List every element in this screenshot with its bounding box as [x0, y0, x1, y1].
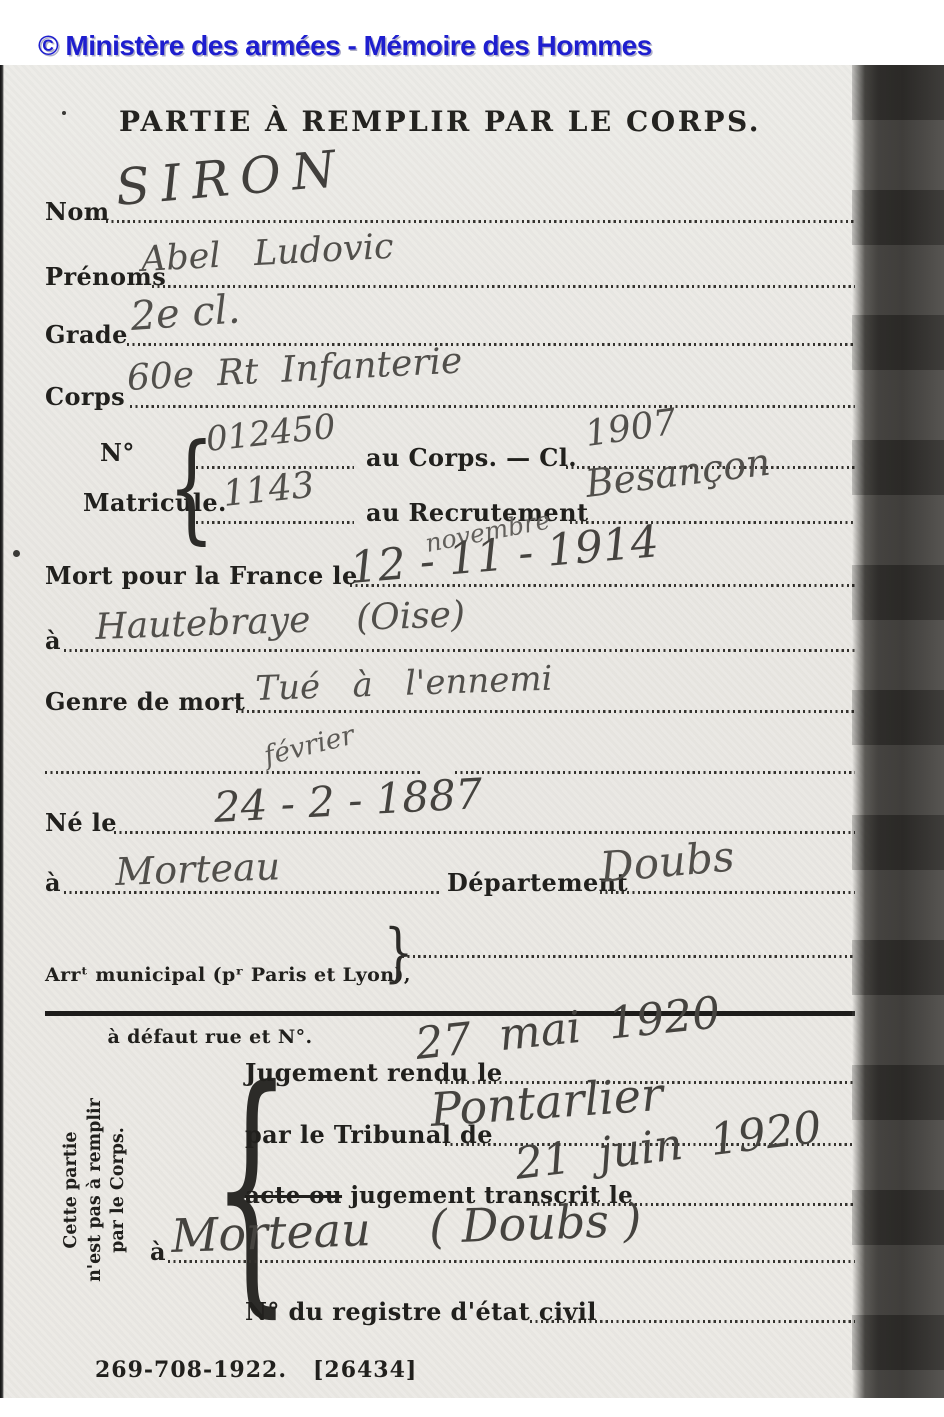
dotted-line — [168, 1260, 855, 1263]
handwritten-grade: 2e cl. — [129, 289, 241, 337]
field-label-mort-le: Mort pour la France le — [45, 563, 358, 589]
handwritten-jugement-date: 27 mai 1920 — [413, 991, 722, 1067]
side-note-line1: Cette partie — [60, 1068, 84, 1312]
document-scan: PARTIE À REMPLIR PAR LE CORPS. Nom SIRON… — [0, 65, 944, 1398]
handwritten-departement: Doubs — [598, 835, 736, 889]
dotted-line — [530, 1320, 855, 1323]
handwritten-nom: SIRON — [114, 143, 349, 213]
label-transcrit-lieu: à — [150, 1239, 166, 1265]
copyright-watermark: © Ministère des armées - Mémoire des Hom… — [38, 30, 652, 62]
handwritten-ne-lieu: Morteau — [115, 847, 281, 891]
field-label-mort-lieu: à — [45, 628, 61, 654]
label-au-corps-cl: au Corps. — Cl. — [366, 445, 577, 471]
form-reference-number: 269-708-1922. [26434] — [95, 1357, 417, 1383]
handwritten-mort-date: 12 - 11 - 1914 — [348, 520, 660, 591]
handwritten-matricule-recrutement: 1143 — [221, 468, 316, 513]
field-label-ne-le: Né le — [45, 810, 117, 836]
handwritten-ne-annotation: février — [261, 722, 356, 770]
field-label-corps: Corps — [45, 384, 125, 410]
dotted-line — [600, 891, 855, 894]
handwritten-recrutement-lieu: Besançon — [583, 443, 772, 503]
arr-municipal-line2: à défaut rue et N°. — [45, 1027, 375, 1048]
dotted-line — [236, 710, 855, 713]
scan-left-edge — [0, 65, 4, 1398]
scan-shadow-band — [852, 65, 944, 1398]
arr-municipal-line1: Arrᵗ municipal (pʳ Paris et Lyon), — [45, 965, 375, 986]
handwritten-mort-lieu: Hautebraye (Oise) — [95, 597, 466, 646]
dotted-line — [45, 771, 420, 774]
handwritten-ne-date: 24 - 2 - 1887 — [213, 773, 484, 829]
dotted-line — [64, 649, 855, 652]
handwritten-classe: 1907 — [583, 405, 679, 453]
dotted-line — [196, 521, 354, 524]
handwritten-prenoms: Abel Ludovic — [140, 230, 394, 278]
arr-municipal-brace-icon: } — [384, 915, 414, 990]
field-label-ne-lieu: à — [45, 870, 61, 896]
field-label-numero: N° — [100, 440, 135, 466]
dotted-line — [402, 955, 855, 958]
field-label-genre-mort: Genre de mort — [45, 689, 245, 715]
handwritten-genre-mort: Tué à l'ennemi — [255, 662, 553, 706]
handwritten-tribunal: Pontarlier — [429, 1071, 665, 1133]
ink-speck — [13, 550, 20, 557]
ink-speck — [62, 111, 66, 115]
handwritten-matricule-corps: 012450 — [204, 410, 337, 457]
dotted-line — [152, 285, 855, 288]
dotted-line — [130, 405, 855, 408]
dotted-line — [106, 220, 855, 223]
dotted-line — [127, 343, 855, 346]
handwritten-transcrit-lieu: Morteau ( Doubs ) — [170, 1197, 642, 1259]
field-label-grade: Grade — [45, 322, 128, 348]
scanned-military-death-record: { "header": { "copyright_text": "© Minis… — [0, 0, 944, 1417]
handwritten-corps: 60e Rt Infanterie — [126, 343, 463, 397]
dotted-line — [455, 771, 855, 774]
field-label-nom: Nom — [45, 199, 110, 225]
side-note-line3: par le Corps. — [107, 1068, 131, 1312]
side-note-line2: n'est pas à remplir — [84, 1068, 108, 1312]
page-title: PARTIE À REMPLIR PAR LE CORPS. — [40, 105, 840, 138]
side-note-not-for-corps: Cette partie n'est pas à remplir par le … — [60, 1068, 140, 1312]
